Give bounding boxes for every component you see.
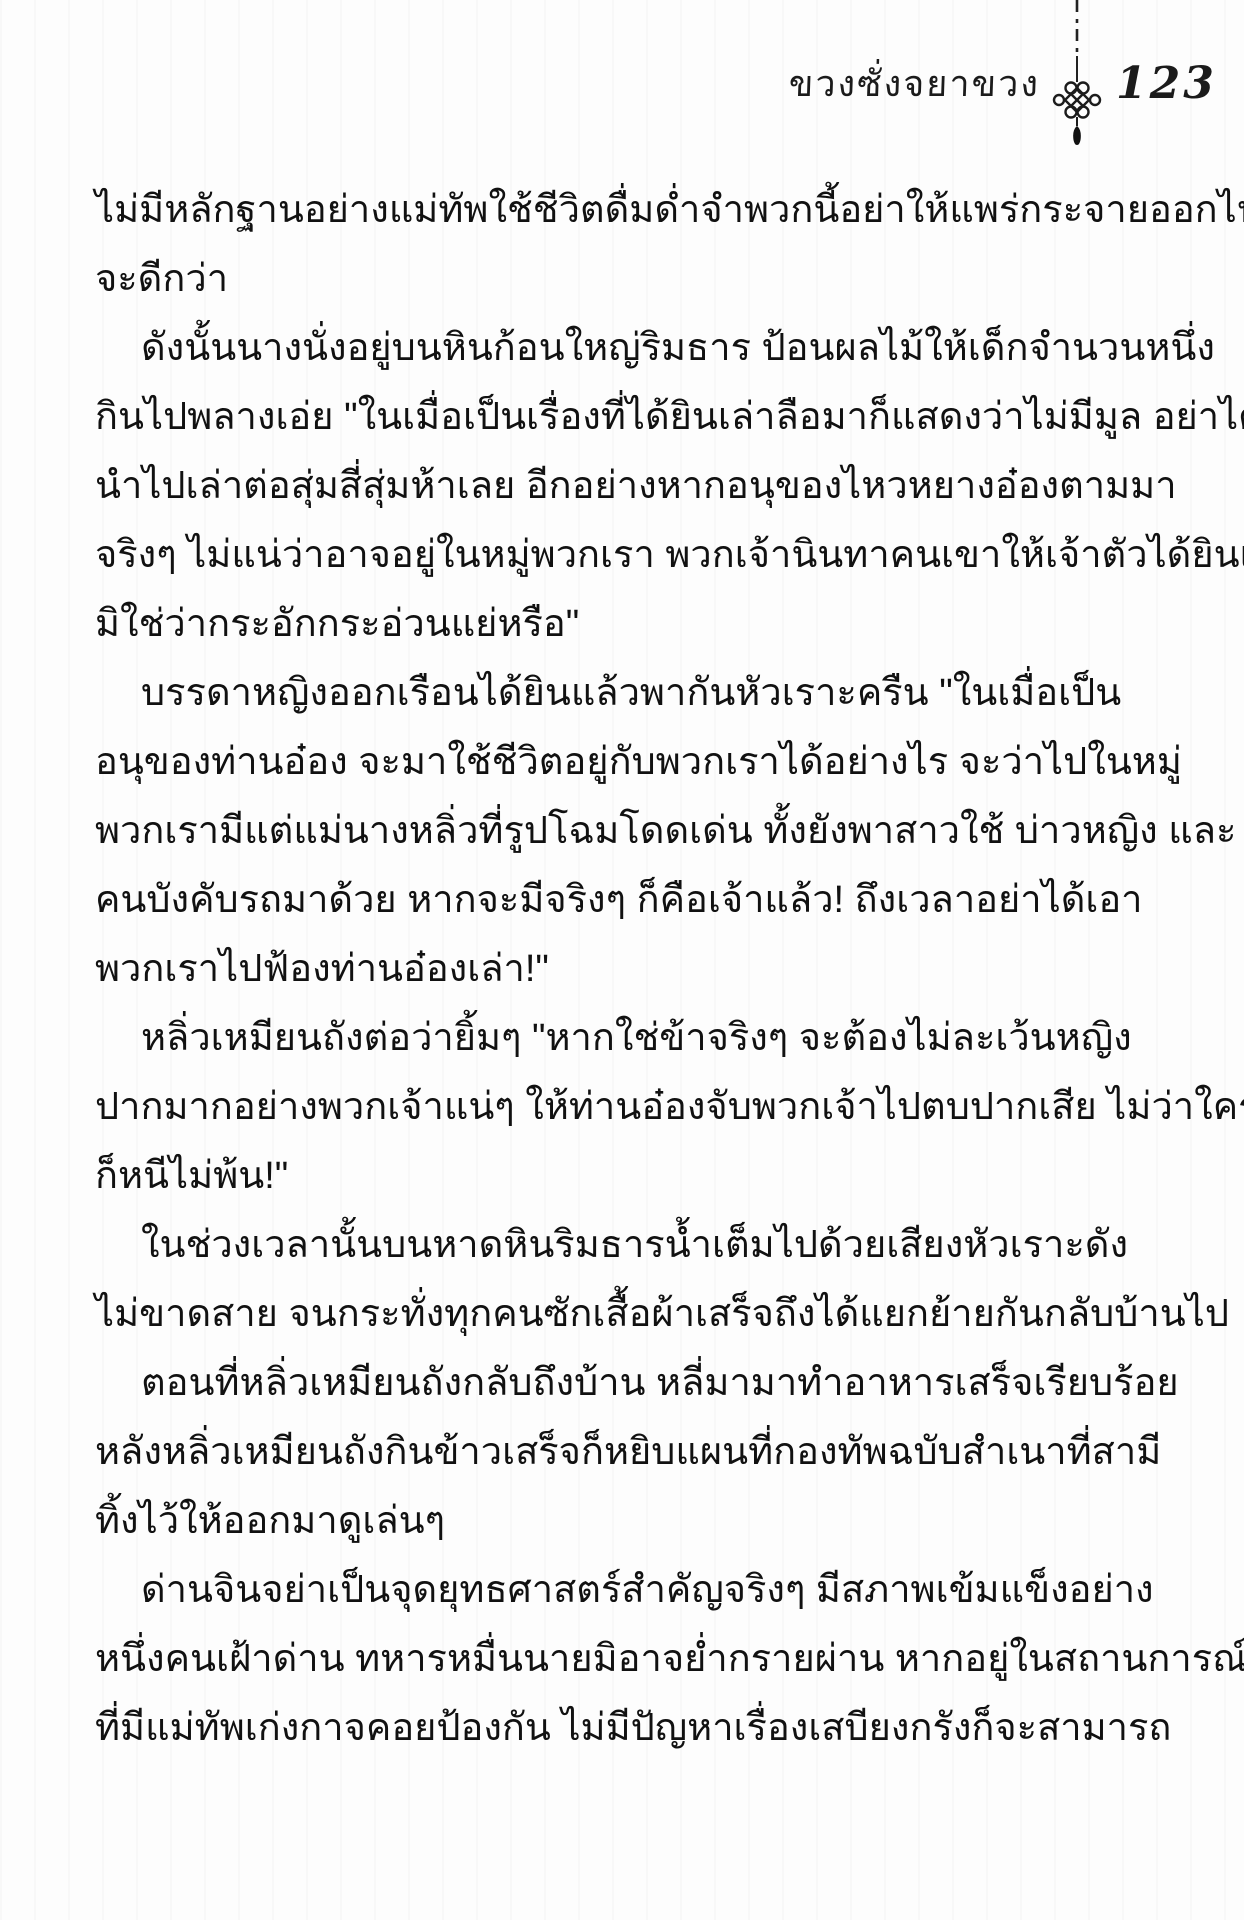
text-line: นำไปเล่าต่อสุ่มสี่สุ่มห้าเลย อีกอย่างหาก… — [95, 452, 1155, 521]
text-line: ปากมากอย่างพวกเจ้าแน่ๆ ให้ท่านอ๋องจับพวก… — [95, 1073, 1155, 1142]
text-line: มิใช่ว่ากระอักกระอ่วนแย่หรือ" — [95, 590, 1155, 659]
text-line: หลังหลิ่วเหมียนถังกินข้าวเสร็จก็หยิบแผนท… — [95, 1418, 1155, 1487]
text-line: ไม่ขาดสาย จนกระทั่งทุกคนซักเสื้อผ้าเสร็จ… — [95, 1280, 1155, 1349]
text-line: ในช่วงเวลานั้นบนหาดหินริมธารน้ำเต็มไปด้ว… — [95, 1211, 1155, 1280]
text-line: กินไปพลางเอ่ย "ในเมื่อเป็นเรื่องที่ได้ยิ… — [95, 383, 1155, 452]
text-line: บรรดาหญิงออกเรือนได้ยินแล้วพากันหัวเราะค… — [95, 659, 1155, 728]
text-line: หนึ่งคนเฝ้าด่าน ทหารหมื่นนายมิอาจย่ำกราย… — [95, 1625, 1155, 1694]
body-text: ไม่มีหลักฐานอย่างแม่ทัพใช้ชีวิตดื่มด่ำจำ… — [95, 176, 1155, 1763]
text-line: จริงๆ ไม่แน่ว่าอาจอยู่ในหมู่พวกเรา พวกเจ… — [95, 521, 1155, 590]
text-line: จะดีกว่า — [95, 245, 1155, 314]
text-line: ดังนั้นนางนั่งอยู่บนหินก้อนใหญ่ริมธาร ป้… — [95, 314, 1155, 383]
chinese-knot-icon — [1050, 0, 1106, 148]
text-line: หลิ่วเหมียนถังต่อว่ายิ้มๆ "หากใช่ข้าจริง… — [95, 1004, 1155, 1073]
text-line: ทิ้งไว้ให้ออกมาดูเล่นๆ — [95, 1487, 1155, 1556]
text-line: ก็หนีไม่พ้น!" — [95, 1142, 1155, 1211]
page-number: 123 — [1116, 58, 1217, 110]
text-line: ที่มีแม่ทัพเก่งกาจคอยป้องกัน ไม่มีปัญหาเ… — [95, 1694, 1155, 1763]
text-line: คนบังคับรถมาด้วย หากจะมีจริงๆ ก็คือเจ้าแ… — [95, 866, 1155, 935]
book-page: ขวงซั่งจยาขวง 123 — [0, 0, 1244, 1920]
text-line: ไม่มีหลักฐานอย่างแม่ทัพใช้ชีวิตดื่มด่ำจำ… — [95, 176, 1155, 245]
text-line: พวกเราไปฟ้องท่านอ๋องเล่า!" — [95, 935, 1155, 1004]
text-line: ตอนที่หลิ่วเหมียนถังกลับถึงบ้าน หลี่มามา… — [95, 1349, 1155, 1418]
text-line: พวกเรามีแต่แม่นางหลิ่วที่รูปโฉมโดดเด่น ท… — [95, 797, 1155, 866]
running-title: ขวงซั่งจยาขวง — [0, 56, 1041, 112]
text-line: อนุของท่านอ๋อง จะมาใช้ชีวิตอยู่กับพวกเรา… — [95, 728, 1155, 797]
text-line: ด่านจินจย่าเป็นจุดยุทธศาสตร์สำคัญจริงๆ ม… — [95, 1556, 1155, 1625]
